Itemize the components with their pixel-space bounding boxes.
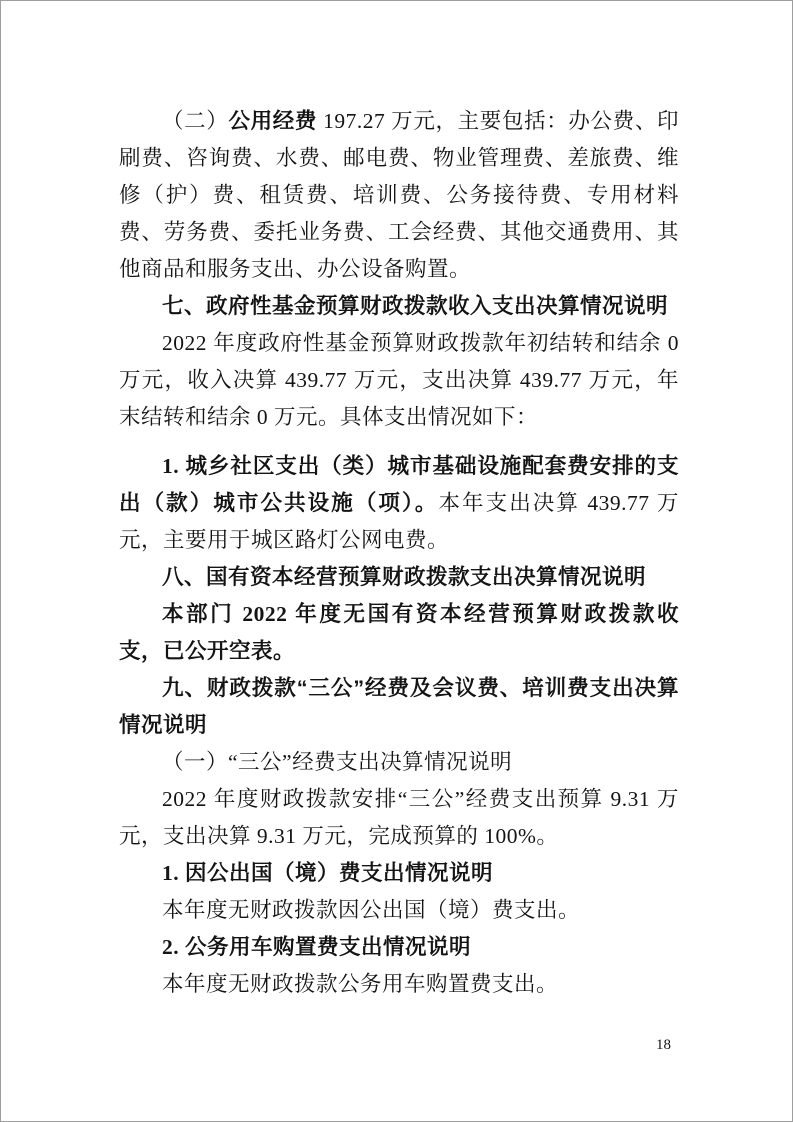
text-run-bold: 本部门 2022 年度无国有资本经营预算财政拨款收支，已公开空表。 bbox=[119, 602, 679, 663]
subheading-three-public-expense: （一）“三公”经费支出决算情况说明 bbox=[119, 744, 679, 781]
paragraph-overseas-trips-note: 本年度无财政拨款因公出国（境）费支出。 bbox=[119, 892, 679, 929]
text-run: 2022 年度财政拨款安排“三公”经费支出预算 9.31 万元，支出决算 9.3… bbox=[119, 787, 679, 848]
paragraph-urban-community-expense: 1. 城乡社区支出（类）城市基础设施配套费安排的支出（款）城市公共设施（项）。本… bbox=[119, 448, 679, 559]
text-run-bold: 1. 因公出国（境）费支出情况说明 bbox=[162, 861, 493, 885]
paragraph-vehicle-purchase-note: 本年度无财政拨款公务用车购置费支出。 bbox=[119, 966, 679, 1003]
text-run: 2022 年度政府性基金预算财政拨款年初结转和结余 0 万元，收入决算 439.… bbox=[119, 331, 679, 429]
text-run: （二） bbox=[162, 109, 228, 133]
subheading-vehicle-purchase: 2. 公务用车购置费支出情况说明 bbox=[119, 929, 679, 966]
text-run-bold: 公用经费 bbox=[228, 109, 317, 133]
heading-text: 八、国有资本经营预算财政拨款支出决算情况说明 bbox=[162, 565, 646, 589]
heading-text: 七、政府性基金预算财政拨款收入支出决算情况说明 bbox=[162, 294, 668, 318]
heading-section-nine: 九、财政拨款“三公”经费及会议费、培训费支出决算情况说明 bbox=[119, 670, 679, 744]
text-run: 本年度无财政拨款公务用车购置费支出。 bbox=[162, 972, 558, 996]
text-run: （一）“三公”经费支出决算情况说明 bbox=[162, 750, 512, 774]
paragraph-three-public-summary: 2022 年度财政拨款安排“三公”经费支出预算 9.31 万元，支出决算 9.3… bbox=[119, 781, 679, 855]
subheading-overseas-trips: 1. 因公出国（境）费支出情况说明 bbox=[119, 855, 679, 892]
heading-section-eight: 八、国有资本经营预算财政拨款支出决算情况说明 bbox=[119, 559, 679, 596]
document-page: （二）公用经费 197.27 万元，主要包括：办公费、印刷费、咨询费、水费、邮电… bbox=[0, 0, 793, 1122]
paragraph-govfund-summary: 2022 年度政府性基金预算财政拨款年初结转和结余 0 万元，收入决算 439.… bbox=[119, 325, 679, 436]
paragraph-public-expense: （二）公用经费 197.27 万元，主要包括：办公费、印刷费、咨询费、水费、邮电… bbox=[119, 103, 679, 288]
page-number: 18 bbox=[656, 1037, 671, 1054]
document-content: （二）公用经费 197.27 万元，主要包括：办公费、印刷费、咨询费、水费、邮电… bbox=[119, 103, 679, 1003]
text-run-bold: 2. 公务用车购置费支出情况说明 bbox=[162, 935, 471, 959]
paragraph-state-capital-note: 本部门 2022 年度无国有资本经营预算财政拨款收支，已公开空表。 bbox=[119, 596, 679, 670]
text-run: 本年度无财政拨款因公出国（境）费支出。 bbox=[162, 898, 580, 922]
heading-section-seven: 七、政府性基金预算财政拨款收入支出决算情况说明 bbox=[119, 288, 679, 325]
text-run: 197.27 万元，主要包括：办公费、印刷费、咨询费、水费、邮电费、物业管理费、… bbox=[119, 109, 679, 281]
heading-text: 九、财政拨款“三公”经费及会议费、培训费支出决算情况说明 bbox=[119, 676, 679, 737]
